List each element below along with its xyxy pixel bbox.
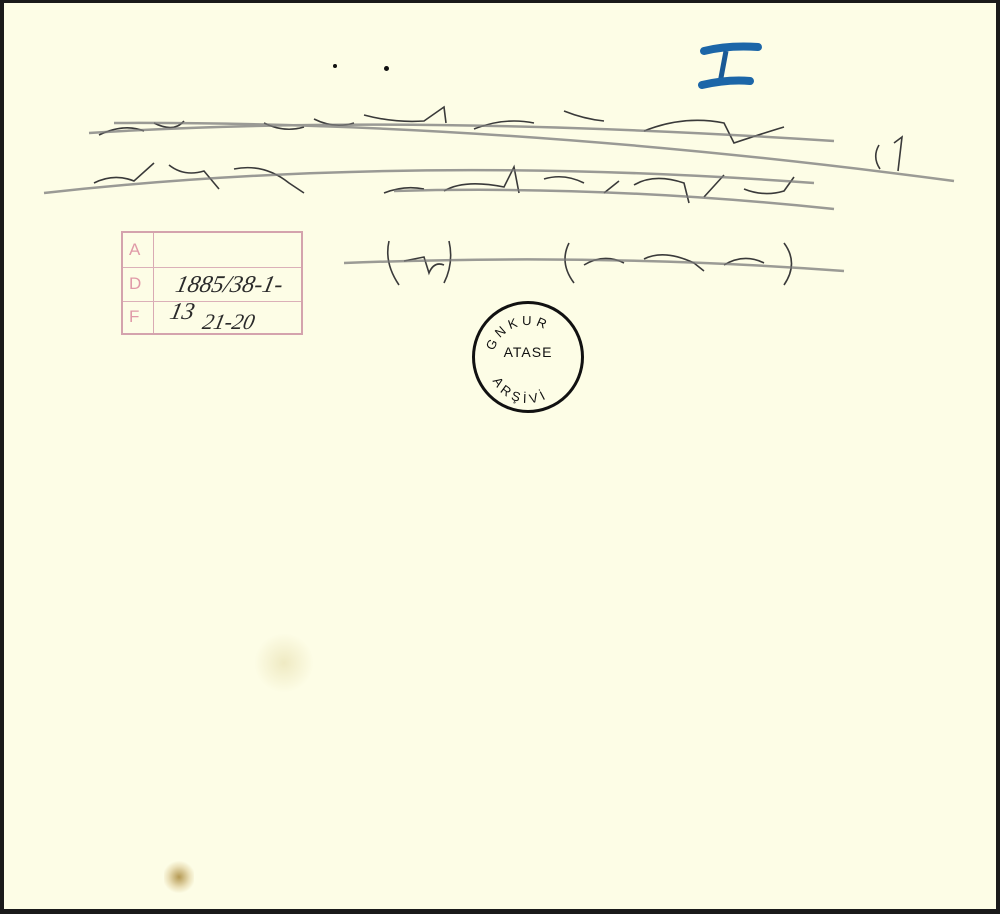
ink-dot — [384, 66, 389, 71]
ink-dot — [333, 64, 337, 68]
document-page: A D F 1885/38-1-13 21-20 GNKUR ARŞİVİ AT… — [4, 3, 996, 909]
svg-text:ARŞİVİ: ARŞİVİ — [490, 374, 551, 406]
archive-reference-stamp: A D F 1885/38-1-13 21-20 — [121, 231, 303, 335]
stamp-label-a: A — [129, 240, 140, 260]
paper-stain — [164, 859, 194, 895]
stamp-label-d: D — [129, 274, 141, 294]
stamp-value-f: 21-20 — [200, 309, 257, 335]
roman-numeral-mark — [698, 39, 764, 91]
stamp-label-f: F — [129, 307, 139, 327]
seal-center-text: ATASE — [475, 344, 581, 360]
seal-bottom-text: ARŞİVİ — [490, 374, 551, 406]
stamp-divider — [123, 267, 301, 268]
gnkur-atase-archive-seal: GNKUR ARŞİVİ ATASE — [472, 301, 584, 413]
paper-stain — [254, 633, 314, 693]
